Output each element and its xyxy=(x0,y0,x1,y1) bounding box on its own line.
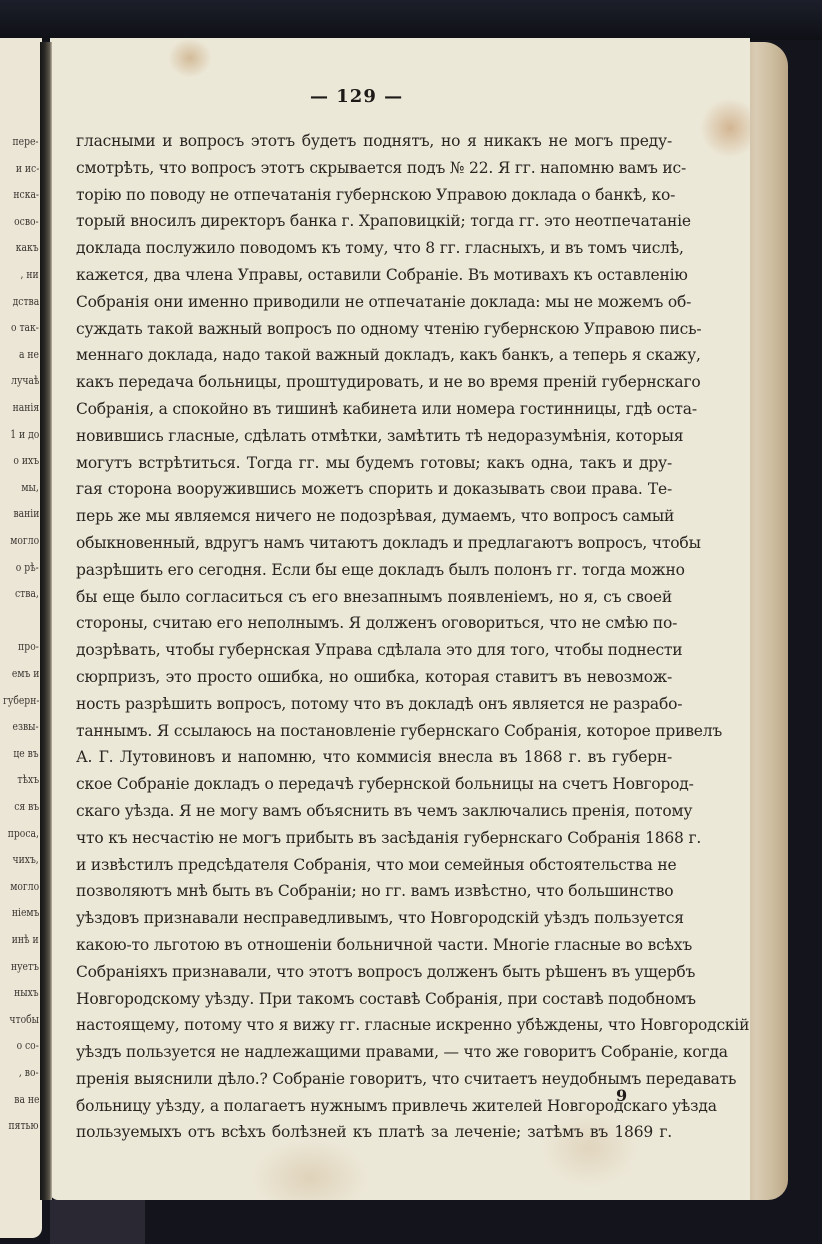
text-line: суждать такой важный вопросъ по одному ч… xyxy=(76,316,672,343)
text-line: какъ передача больницы, проштудировать, … xyxy=(76,369,672,396)
left-page-text-fragment: , ни xyxy=(21,267,39,281)
left-page-text-fragment: могло xyxy=(10,879,39,893)
text-line: торію по поводу не отпечатанія губернско… xyxy=(76,182,672,209)
left-page-text-fragment: о ихъ xyxy=(13,453,39,467)
text-line: ность разрѣшить вопросъ, потому что въ д… xyxy=(76,691,672,718)
text-line: сюрпризъ, это просто ошибка, но ошибка, … xyxy=(76,664,672,691)
text-line: доклада послужило поводомъ къ тому, что … xyxy=(76,235,672,262)
left-page-text-fragment: о рѣ- xyxy=(16,560,39,574)
text-line: новившись гласные, сдѣлать отмѣтки, замѣ… xyxy=(76,423,672,450)
left-page-text-fragment: и ис- xyxy=(16,161,39,175)
text-line: А. Г. Лутовиновъ и напомню, что коммисія… xyxy=(76,744,672,771)
left-page-text-fragment: какъ xyxy=(16,240,39,254)
left-page-text-fragment: губерн- xyxy=(3,693,39,707)
book-gutter xyxy=(40,42,52,1200)
left-page-text-fragment: а не xyxy=(19,347,39,361)
left-page-text-fragment: могло xyxy=(10,533,39,547)
left-page-text-fragment: пере- xyxy=(13,134,39,148)
text-line: и извѣстилъ предсѣдателя Собранія, что м… xyxy=(76,852,672,879)
text-line: разрѣшить его сегодня. Если бы еще докла… xyxy=(76,557,672,584)
left-page-text-fragment: тѣхъ xyxy=(17,772,39,786)
dark-background-top xyxy=(0,0,822,40)
text-line: гласными и вопросъ этотъ будетъ поднятъ,… xyxy=(76,128,672,155)
text-line: Новгородскому уѣзду. При такомъ составѣ … xyxy=(76,986,672,1013)
left-page-text-fragment: ніемъ xyxy=(11,905,39,919)
left-page-text-fragment: це въ xyxy=(14,746,39,760)
left-page-text-fragment: езвы- xyxy=(13,719,39,733)
text-line: уѣздъ пользуется не надлежащими правами,… xyxy=(76,1039,672,1066)
text-line: бы еще было согласиться съ его внезапным… xyxy=(76,584,672,611)
text-line: Собраніяхъ признавали, что этотъ вопросъ… xyxy=(76,959,672,986)
signature-mark: 9 xyxy=(616,1086,627,1105)
left-page-text-fragment: чтобы xyxy=(9,1012,39,1026)
text-line: могутъ встрѣтиться. Тогда гг. мы будемъ … xyxy=(76,450,672,477)
text-line: что къ несчастію не могъ прибыть въ засѣ… xyxy=(76,825,672,852)
left-page-text-fragment: о так- xyxy=(11,320,39,334)
left-page-text-fragment: нуетъ xyxy=(11,959,39,973)
left-page-text-fragment: ныхъ xyxy=(15,985,40,999)
left-page-text-fragment: ваніи xyxy=(13,506,39,520)
text-line: ское Собраніе докладъ о передачѣ губернс… xyxy=(76,771,672,798)
left-page-text-fragment: ва не xyxy=(14,1092,39,1106)
left-page-fragment: пере-и ис-нска-осво-какъ, нидствао так-а… xyxy=(0,38,42,1238)
left-page-text-fragment: пятью xyxy=(9,1118,39,1132)
left-page-text-fragment: емъ и xyxy=(11,666,39,680)
left-page-text-fragment: инѣ и xyxy=(12,932,39,946)
left-page-text-fragment: ся въ xyxy=(14,799,39,813)
left-page-text-fragment: проса, xyxy=(8,826,39,840)
text-line: пользуемыхъ отъ всѣхъ болѣзней къ платѣ … xyxy=(76,1119,672,1146)
text-line: позволяютъ мнѣ быть въ Собраніи; но гг. … xyxy=(76,878,672,905)
text-line: обыкновенный, вдругъ намъ читаютъ доклад… xyxy=(76,530,672,557)
page-number-header: — 129 — xyxy=(310,86,403,107)
text-line: перь же мы являемся ничего не подозрѣвая… xyxy=(76,503,672,530)
left-page-text-fragment: про- xyxy=(18,639,39,653)
text-line: Собранія они именно приводили не отпечат… xyxy=(76,289,672,316)
page-body-text: гласными и вопросъ этотъ будетъ поднятъ,… xyxy=(76,128,672,1146)
text-line: больницу уѣзду, а полагаетъ нужнымъ прив… xyxy=(76,1093,672,1120)
text-line: Собранія, а спокойно въ тишинѣ кабинета … xyxy=(76,396,672,423)
left-page-text-fragment: дства xyxy=(12,294,39,308)
text-line: таннымъ. Я ссылаюсь на постановленіе губ… xyxy=(76,718,672,745)
left-page-text-fragment: нска- xyxy=(13,187,39,201)
left-page-text-fragment: , во- xyxy=(19,1065,39,1079)
left-page-text-fragment: лучаѣ xyxy=(11,373,39,387)
text-line: уѣздовъ признавали несправедливымъ, что … xyxy=(76,905,672,932)
left-page-text-fragment: 1 и до xyxy=(10,427,39,441)
dark-background-panel xyxy=(50,1200,145,1244)
text-line: торый вносилъ директоръ банка г. Храпови… xyxy=(76,208,672,235)
text-line: скаго уѣзда. Я не могу вамъ объяснить въ… xyxy=(76,798,672,825)
left-page-text-fragment: о со- xyxy=(17,1038,39,1052)
left-page-text-fragment: ства, xyxy=(15,586,39,600)
text-line: дозрѣвать, чтобы губернская Управа сдѣла… xyxy=(76,637,672,664)
text-line: настоящему, потому что я вижу гг. гласны… xyxy=(76,1012,672,1039)
text-line: гая сторона вооружившись можетъ спорить … xyxy=(76,476,672,503)
text-line: меннаго доклада, надо такой важный докла… xyxy=(76,342,672,369)
text-line: кажется, два члена Управы, оставили Собр… xyxy=(76,262,672,289)
text-line: стороны, считаю его неполнымъ. Я долженъ… xyxy=(76,610,672,637)
left-page-text-fragment: нанія xyxy=(13,400,40,414)
left-page-text-fragment: мы, xyxy=(22,480,39,494)
text-line: пренія выяснили дѣло.? Собраніе говоритъ… xyxy=(76,1066,672,1093)
text-line: смотрѣть, что вопросъ этотъ скрывается п… xyxy=(76,155,672,182)
left-page-text-fragment: чихъ, xyxy=(13,852,39,866)
text-line: какою-то льготою въ отношеніи больничной… xyxy=(76,932,672,959)
left-page-text-fragment: осво- xyxy=(14,214,39,228)
